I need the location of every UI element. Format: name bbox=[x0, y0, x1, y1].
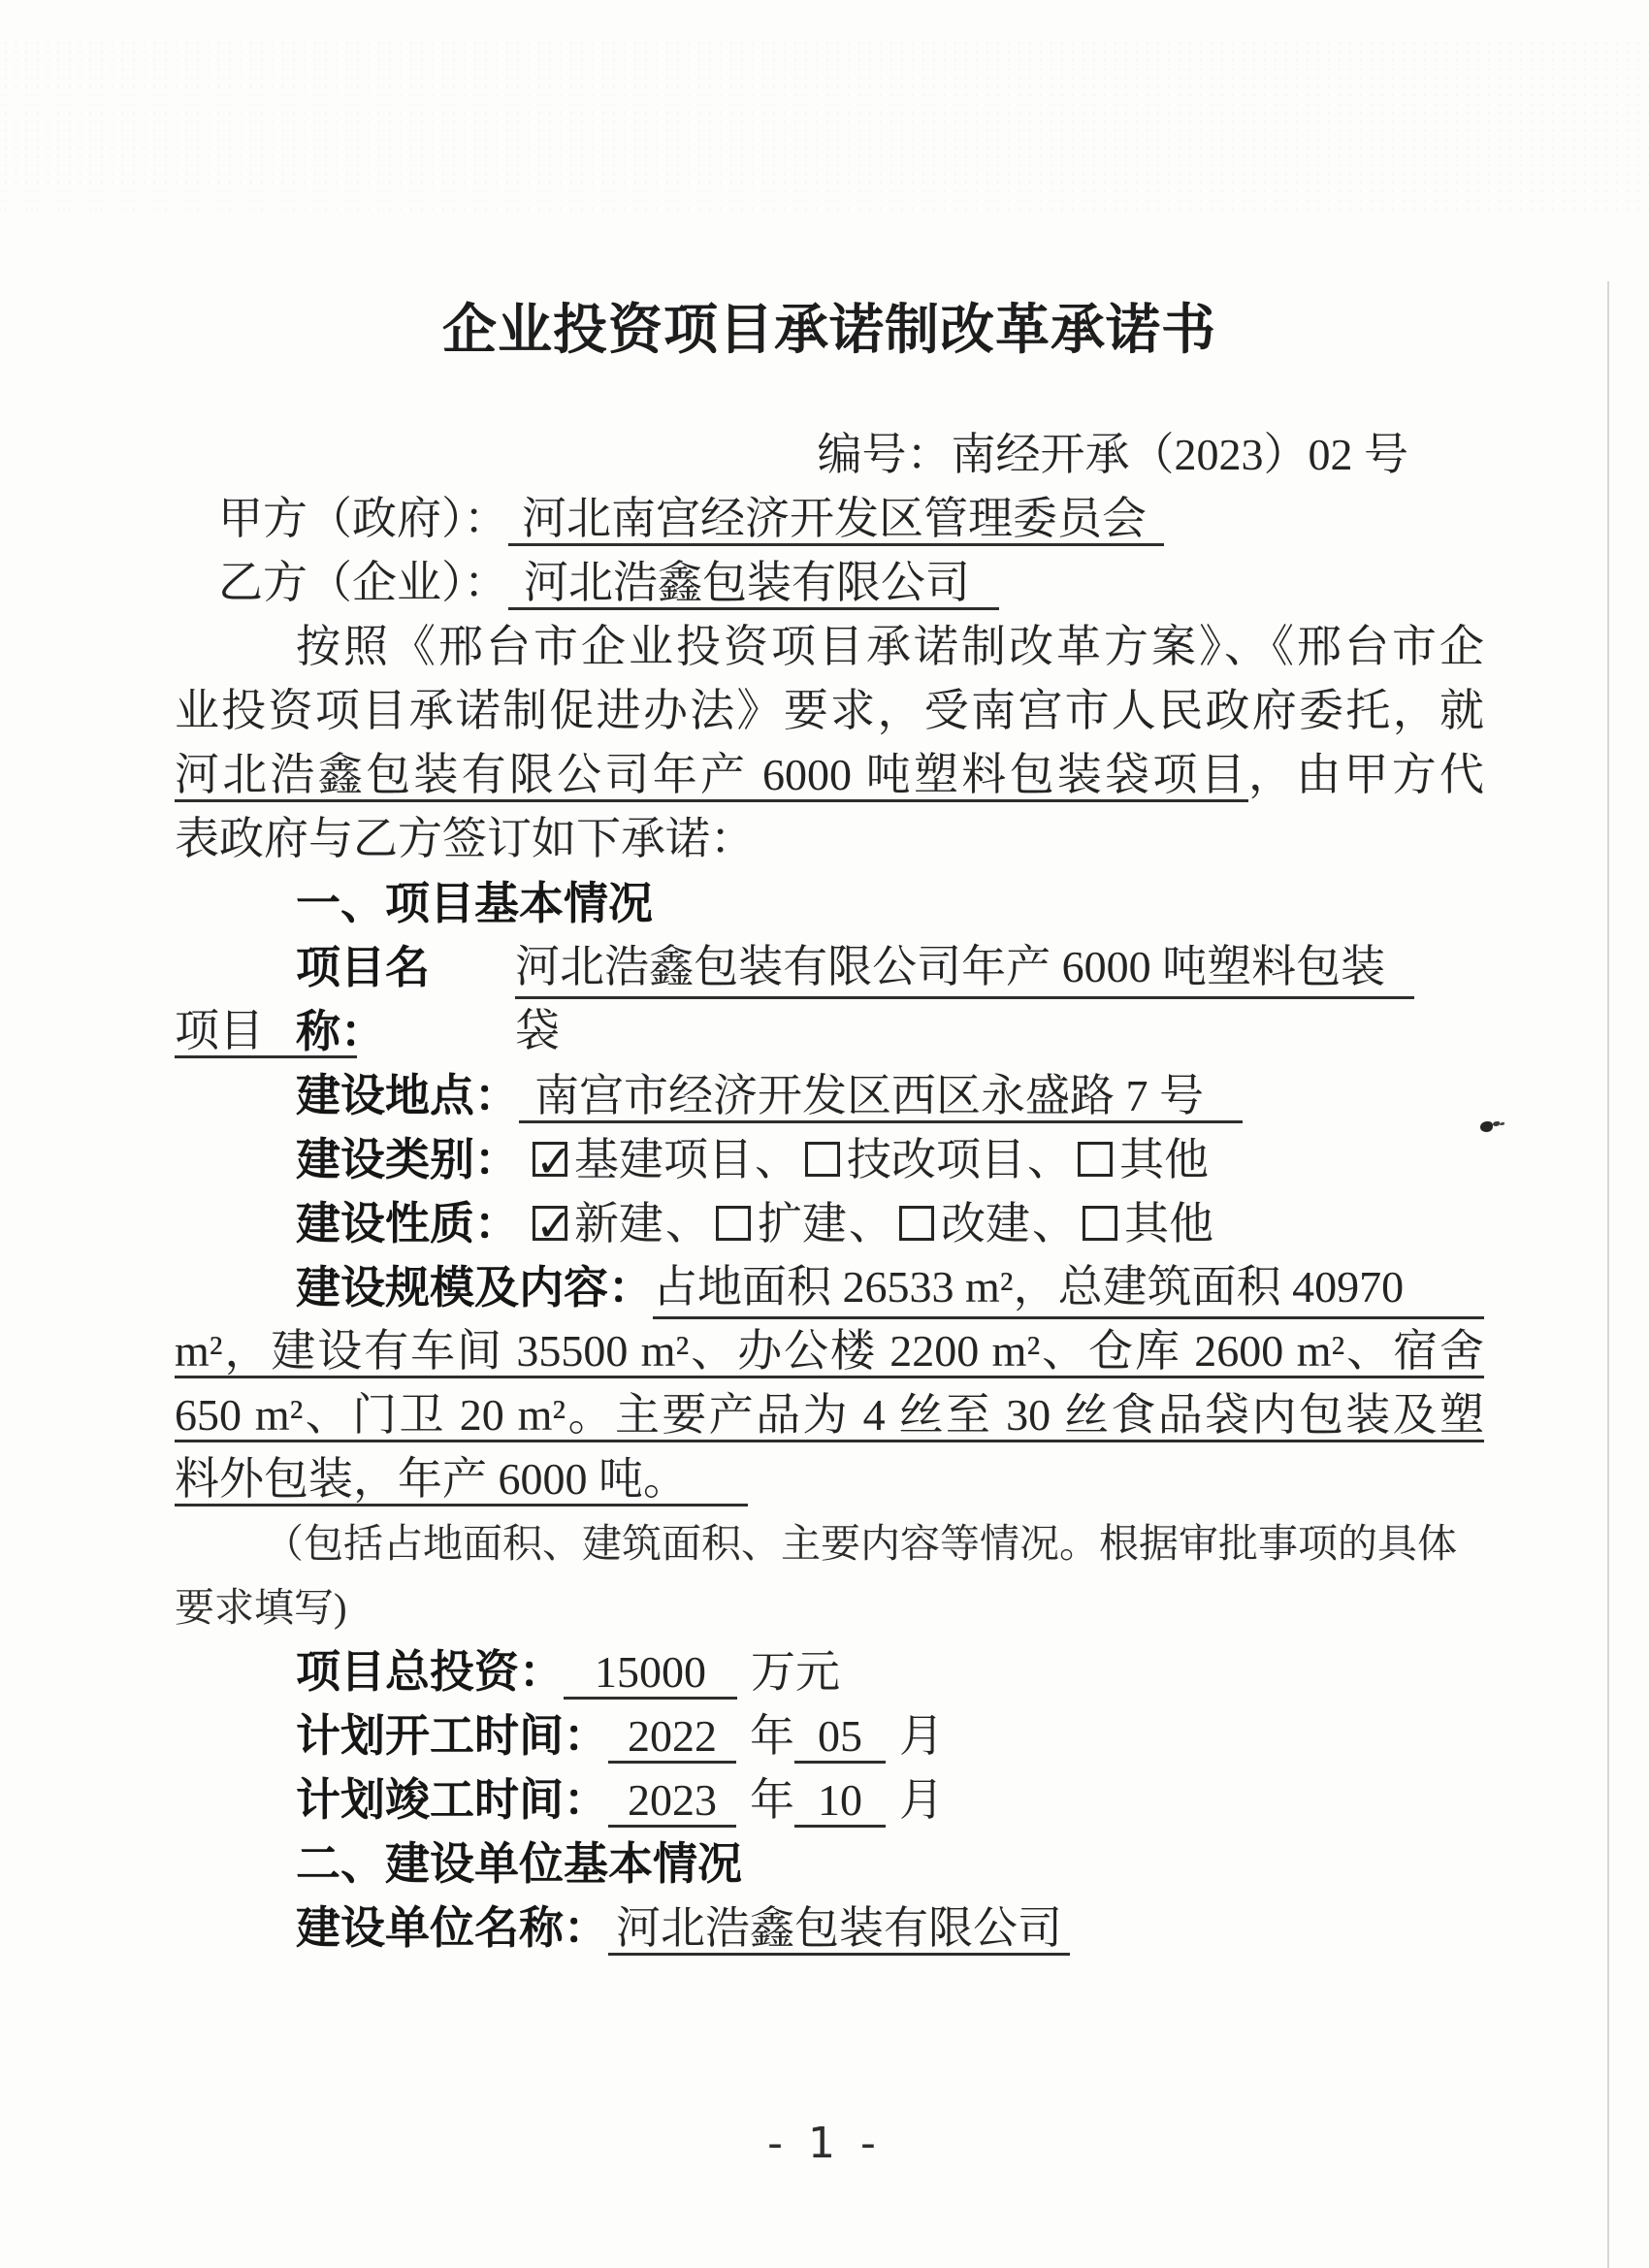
category-option-label: 其他 bbox=[1119, 1135, 1209, 1184]
party-b-line: 乙方（企业）：河北浩鑫包装有限公司 bbox=[175, 551, 1484, 615]
checkbox-unchecked-icon bbox=[1083, 1206, 1117, 1241]
project-name-value-continued: 项目 bbox=[175, 1006, 357, 1058]
party-a-value: 河北南宫经济开发区管理委员会 bbox=[508, 494, 1164, 546]
party-a-label: 甲方（政府）： bbox=[218, 494, 508, 543]
start-time-line: 计划开工时间：2022年05月 bbox=[175, 1703, 1484, 1767]
nature-option-label: 扩建 bbox=[758, 1199, 847, 1248]
checkbox-unchecked-icon bbox=[1078, 1142, 1113, 1177]
location-line: 建设地点：南宫市经济开发区西区永盛路 7 号 bbox=[175, 1063, 1484, 1127]
project-name-line: 项目名称：河北浩鑫包装有限公司年产 6000 吨塑料包装袋 bbox=[175, 935, 1484, 999]
nature-label: 建设性质： bbox=[296, 1197, 519, 1249]
scale-value-line-2: m²，建设有车间 35500 m²、办公楼 2200 m²、仓库 2600 m²… bbox=[175, 1326, 1484, 1378]
end-month-value: 10 bbox=[794, 1775, 886, 1828]
start-month-value: 05 bbox=[794, 1711, 886, 1764]
section-1-heading: 一、项目基本情况 bbox=[175, 871, 1484, 935]
year-unit: 年 bbox=[750, 1775, 794, 1825]
party-b-label: 乙方（企业）： bbox=[218, 558, 508, 607]
month-unit: 月 bbox=[899, 1711, 944, 1761]
project-name-value: 河北浩鑫包装有限公司年产 6000 吨塑料包装袋 bbox=[515, 935, 1414, 999]
scale-value-line-4: 料外包装，年产 6000 吨。 bbox=[175, 1454, 748, 1507]
end-time-label: 计划竣工时间： bbox=[296, 1773, 608, 1826]
party-a-line: 甲方（政府）：河北南宫经济开发区管理委员会 bbox=[175, 487, 1484, 551]
preamble-line-3: 河北浩鑫包装有限公司年产 6000 吨塑料包装袋项目，由甲方代 bbox=[175, 743, 1484, 807]
investment-line: 项目总投资：15000万元 bbox=[175, 1639, 1484, 1703]
checkbox-unchecked-icon bbox=[805, 1142, 840, 1177]
month-unit: 月 bbox=[899, 1775, 944, 1825]
nature-option-label: 新建 bbox=[574, 1199, 663, 1248]
preamble-line-2: 业投资项目承诺制促进办法》要求，受南宫市人民政府委托，就 bbox=[175, 679, 1484, 743]
nature-option-label: 其他 bbox=[1124, 1199, 1213, 1248]
scale-value-line-3: 650 m²、门卫 20 m²。主要产品为 4 丝至 30 丝食品袋内包装及塑 bbox=[175, 1390, 1484, 1442]
unit-name-label: 建设单位名称： bbox=[296, 1901, 608, 1954]
section-2-heading: 二、建设单位基本情况 bbox=[175, 1831, 1484, 1895]
option-separator: 、 bbox=[753, 1135, 805, 1184]
scan-edge-line bbox=[1607, 281, 1609, 2268]
end-time-line: 计划竣工时间：2023年10月 bbox=[175, 1767, 1484, 1831]
scale-line-1: 建设规模及内容：占地面积 26533 m²，总建筑面积 40970 bbox=[175, 1255, 1484, 1319]
option-separator: 、 bbox=[847, 1199, 899, 1248]
scale-line-3: 650 m²、门卫 20 m²。主要产品为 4 丝至 30 丝食品袋内包装及塑 bbox=[175, 1383, 1484, 1447]
checkbox-unchecked-icon bbox=[899, 1206, 934, 1241]
project-reference-underlined: 河北浩鑫包装有限公司年产 6000 吨塑料包装袋项目 bbox=[175, 750, 1248, 802]
investment-label: 项目总投资： bbox=[296, 1645, 564, 1698]
option-separator: 、 bbox=[663, 1199, 716, 1248]
page-number: - 1 - bbox=[0, 2119, 1649, 2168]
party-b-value: 河北浩鑫包装有限公司 bbox=[508, 558, 999, 610]
unit-name-line: 建设单位名称：河北浩鑫包装有限公司 bbox=[175, 1895, 1484, 1960]
category-line: 建设类别：基建项目、技改项目、其他 bbox=[175, 1127, 1484, 1191]
document-body: 企业投资项目承诺制改革承诺书 编号：南经开承（2023）02 号 甲方（政府）：… bbox=[175, 276, 1484, 1960]
scan-noise-texture bbox=[0, 39, 1649, 213]
unit-name-value: 河北浩鑫包装有限公司 bbox=[608, 1903, 1070, 1956]
option-separator: 、 bbox=[1025, 1135, 1078, 1184]
preamble-line-4: 表政府与乙方签订如下承诺： bbox=[175, 807, 1484, 871]
category-option-label: 基建项目 bbox=[574, 1135, 753, 1184]
year-unit: 年 bbox=[750, 1711, 794, 1761]
note-line-1: （包括占地面积、建筑面积、主要内容等情况。根据审批事项的具体 bbox=[175, 1511, 1484, 1575]
start-time-label: 计划开工时间： bbox=[296, 1709, 608, 1762]
category-label: 建设类别： bbox=[296, 1133, 519, 1185]
preamble-line-1: 按照《邢台市企业投资项目承诺制改革方案》、《邢台市企 bbox=[175, 615, 1484, 679]
category-option-label: 技改项目 bbox=[847, 1135, 1025, 1184]
project-name-label: 项目名称： bbox=[296, 935, 515, 999]
checkbox-checked-icon bbox=[533, 1206, 567, 1241]
location-value: 南宫市经济开发区西区永盛路 7 号 bbox=[519, 1071, 1243, 1123]
preamble-line-3-rest: ，由甲方代 bbox=[1248, 750, 1484, 799]
nature-line: 建设性质：新建、扩建、改建、其他 bbox=[175, 1191, 1484, 1255]
option-separator: 、 bbox=[1030, 1199, 1083, 1248]
checkbox-checked-icon bbox=[533, 1142, 567, 1177]
nature-option-label: 改建 bbox=[941, 1199, 1030, 1248]
note-line-2: 要求填写) bbox=[175, 1575, 1484, 1639]
scale-label: 建设规模及内容： bbox=[296, 1255, 653, 1319]
end-year-value: 2023 bbox=[608, 1775, 736, 1828]
document-title: 企业投资项目承诺制改革承诺书 bbox=[175, 276, 1484, 423]
document-number: 编号：南经开承（2023）02 号 bbox=[175, 423, 1484, 487]
investment-value: 15000 bbox=[564, 1647, 737, 1700]
investment-unit: 万元 bbox=[751, 1647, 840, 1697]
location-label: 建设地点： bbox=[296, 1069, 519, 1121]
scale-value-line-1: 占地面积 26533 m²，总建筑面积 40970 bbox=[653, 1255, 1484, 1319]
scale-line-2: m²，建设有车间 35500 m²、办公楼 2200 m²、仓库 2600 m²… bbox=[175, 1319, 1484, 1383]
scale-line-4: 料外包装，年产 6000 吨。 bbox=[175, 1447, 1484, 1511]
start-year-value: 2022 bbox=[608, 1711, 736, 1764]
checkbox-unchecked-icon bbox=[716, 1206, 751, 1241]
scanned-document-page: 企业投资项目承诺制改革承诺书 编号：南经开承（2023）02 号 甲方（政府）：… bbox=[0, 0, 1649, 2268]
